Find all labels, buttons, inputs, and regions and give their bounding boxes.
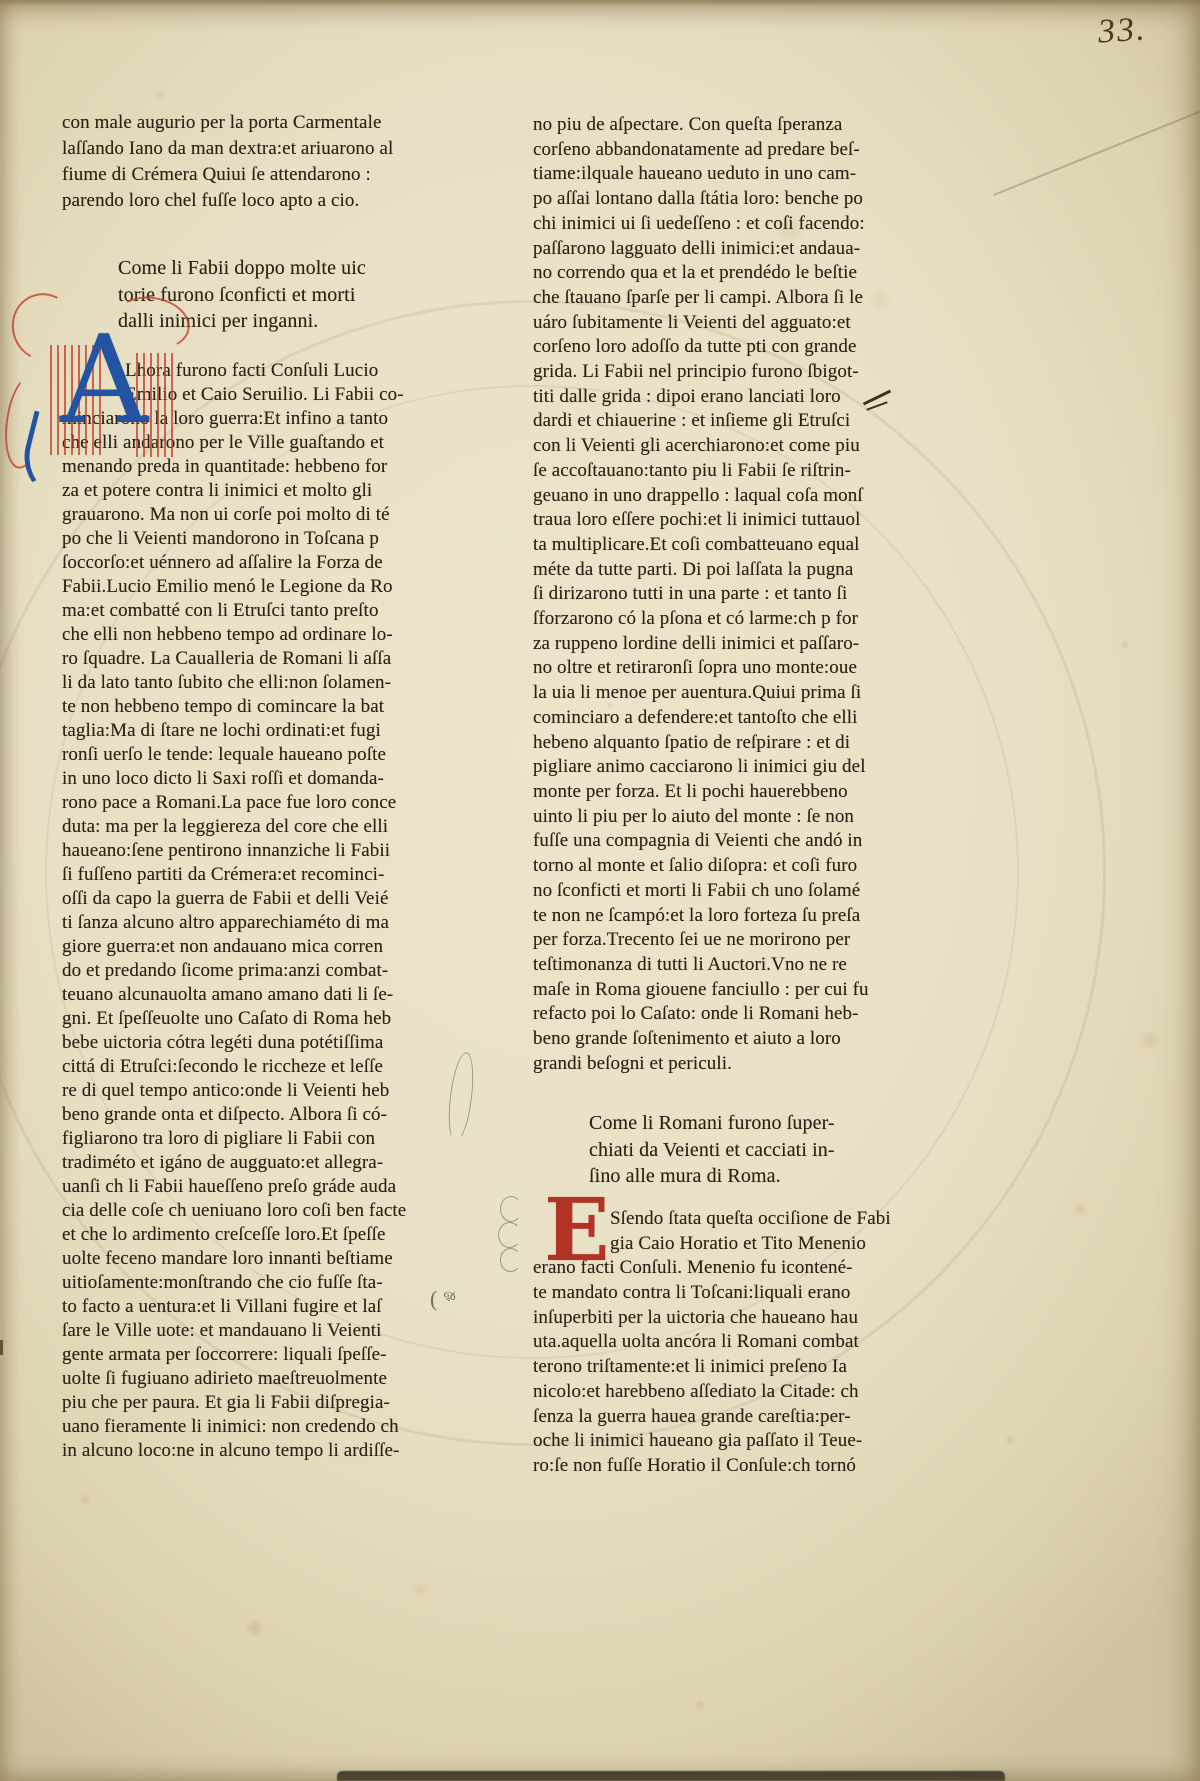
text-line: la uia li menoe per auentura.Quiui prima… xyxy=(533,681,929,706)
text-line: fuſſe una compagnia di Veienti che andó … xyxy=(533,829,929,854)
text-line: no correndo qua et la et prendédo le beſ… xyxy=(533,261,929,286)
text-line: grauarono. Ma non ui corſe poi molto di … xyxy=(62,503,458,527)
text-line: ta multiplicare.Et coſi combatteuano equ… xyxy=(533,533,929,558)
text-line: beno grande onta et diſpecto. Albora ſi … xyxy=(62,1103,458,1127)
text-line: uinto li piu per lo aiuto del monte : ſe… xyxy=(533,805,929,830)
text-line: uta.aquella uolta ancóra li Romani comba… xyxy=(533,1330,929,1355)
text-line: parendo loro chel fuſſe loco apto a cio. xyxy=(62,188,458,214)
text-line: fiume di Crémera Quiui ſe attendarono : xyxy=(62,162,458,188)
text-line: uolte ſi fugiuano adirieto maeſtreuolmen… xyxy=(62,1367,458,1391)
text-line: ti ſanza alcuno altro apparechiaméto di … xyxy=(62,911,458,935)
edge-ink-mark xyxy=(0,1340,3,1355)
text-line: te mandato contra li Toſcani:liquali era… xyxy=(533,1281,929,1306)
text-line: per forza.Trecento ſei ue ne morirono pe… xyxy=(533,928,929,953)
text-line: ſenza la guerra hauea grande careſtia:pe… xyxy=(533,1405,929,1430)
text-line: li da lato tanto ſubito che elli:non ſol… xyxy=(62,671,458,695)
text-line: duta: ma per la leggiereza del core che … xyxy=(62,815,458,839)
text-line: ronſi uerſo le tende: lequale haueano po… xyxy=(62,743,458,767)
text-line: po aſſai lontano dalla ſtátia loro: benc… xyxy=(533,187,929,212)
text-line: ſi fuſſeno partiti da Crémera:et recomin… xyxy=(62,863,458,887)
text-line: Come li Fabii doppo molte uic xyxy=(62,255,458,282)
text-line: uolte feceno mandare loro innanti beſtia… xyxy=(62,1247,458,1271)
text-line: gente armata per ſoccorrere: liquali ſpe… xyxy=(62,1343,458,1367)
text-line: ſforzarono có la pſona et có larme:ch p … xyxy=(533,607,929,632)
text-line: cominciaro a defendere:et tantoſto che e… xyxy=(533,706,929,731)
text-line: con male augurio per la porta Carmentale xyxy=(62,110,458,136)
text-line: cia delle coſe ch ueniuano loro coſi ben… xyxy=(62,1199,458,1223)
text-line: bebe uictoria cótra legéti duna potétiſſ… xyxy=(62,1031,458,1055)
text-line: uano fieramente li inimici: non credendo… xyxy=(62,1415,458,1439)
text-line: tiame:ilquale haueano ueduto in uno cam- xyxy=(533,162,929,187)
text-line: teſtimonanza di tutti li Auctori.Vno ne … xyxy=(533,953,929,978)
initial-letter-e: E xyxy=(544,1192,610,1269)
paragraph-intro: con male augurio per la porta Carmentale… xyxy=(62,110,458,214)
rubricated-initial-e: E xyxy=(536,1192,626,1272)
text-line: Come li Romani furono ſuper- xyxy=(533,1110,929,1137)
text-line: refacto poi lo Caſato: onde li Romani he… xyxy=(533,1002,929,1027)
text-line: te non ne ſcampó:et la loro forteza ſu p… xyxy=(533,904,929,929)
text-line: to facto a uentura:et li Villani fugire … xyxy=(62,1295,458,1319)
text-line: con li Veienti gli acerchiarono:et come … xyxy=(533,434,929,459)
text-line: za ruppeno lordine delli inimici et paſſ… xyxy=(533,632,929,657)
text-line: inſuperbiti per la uictoria che haueano … xyxy=(533,1306,929,1331)
text-line: ro:ſe non fuſſe Horatio il Conſule:ch to… xyxy=(533,1454,929,1479)
text-line: no piu de aſpectare. Con queſta ſperanza xyxy=(533,113,929,138)
text-line: te non hebbeno tempo di comincare la bat xyxy=(62,695,458,719)
text-line: uáro ſubitamente li Veienti del agguato:… xyxy=(533,311,929,336)
text-line: haueano:ſene pentirono innanziche li Fab… xyxy=(62,839,458,863)
penwork-loop xyxy=(500,1196,522,1222)
text-line: ſi dirizarono tutti in una parte : et ta… xyxy=(533,582,929,607)
text-line: ſare le Ville uote: et mandauano li Veie… xyxy=(62,1319,458,1343)
text-line: chi inimici ui ſi uedeſſeno : et coſi fa… xyxy=(533,212,929,237)
text-line: nicolo:et harebbeno aſſediato la Citade:… xyxy=(533,1380,929,1405)
penwork-loop xyxy=(500,1248,521,1272)
page-number: 33. xyxy=(1097,10,1148,51)
text-line: no oltre et retiraronſi ſopra uno monte:… xyxy=(533,656,929,681)
text-line: méte da tutte parti. Di poi laſſata la p… xyxy=(533,558,929,583)
text-line: terono triſtamente:et li inimici preſeno… xyxy=(533,1355,929,1380)
text-line: gni. Et ſpeſſeuolte uno Caſato di Roma h… xyxy=(62,1007,458,1031)
text-line: che ſtauano ſparſe per li campi. Albora … xyxy=(533,286,929,311)
text-line: corſeno loro adoſſo da tutte pti con gra… xyxy=(533,335,929,360)
text-line: uitioſamente:monſtrando che cio fuſſe ſt… xyxy=(62,1271,458,1295)
text-line: figliarono tra loro di pigliare li Fabii… xyxy=(62,1127,458,1151)
paragraph-ambush: no piu de aſpectare. Con queſta ſperanza… xyxy=(533,113,929,1076)
text-line: oſſi da capo la guerra de Fabii et delli… xyxy=(62,887,458,911)
text-line: in alcuno loco:ne in alcuno tempo li ard… xyxy=(62,1439,458,1463)
text-line: rono pace a Romani.La pace fue loro conc… xyxy=(62,791,458,815)
scan-edge-shadow xyxy=(337,1771,1005,1781)
page-top-edge xyxy=(0,0,1200,6)
text-line: ſoccorſo:et uénnero ad aſſalire la Forza… xyxy=(62,551,458,575)
text-line: grida. Li Fabii nel principio furono ſbi… xyxy=(533,360,929,385)
text-line: taglia:Ma di ſtare ne lochi ordinati:et … xyxy=(62,719,458,743)
text-line: titi dalle grida : dipoi erano lanciati … xyxy=(533,385,929,410)
text-line: torno al monte et ſalio diſopra: et coſi… xyxy=(533,854,929,879)
text-line: oche li inimici haueano gia paſſato il T… xyxy=(533,1429,929,1454)
illuminated-initial-a: A xyxy=(18,295,188,490)
text-line: in uno loco dicto li Saxi roſſi et doman… xyxy=(62,767,458,791)
margin-paren-mark: (ૹ xyxy=(430,1286,456,1312)
text-line: do et predando ſicome prima:anzi combat- xyxy=(62,959,458,983)
text-line: geuano in uno drappello : laqual coſa mo… xyxy=(533,484,929,509)
text-line: piu che per paura. Et gia li Fabii diſpr… xyxy=(62,1391,458,1415)
paragraph-fabii: Lhora furono facti Conſuli LucioEmilio e… xyxy=(62,359,458,1463)
text-line: ro ſquadre. La Caualleria de Romani li a… xyxy=(62,647,458,671)
text-line: dardi et chiauerine : et inſieme gli Etr… xyxy=(533,409,929,434)
text-line: grandi beſogni et periculi. xyxy=(533,1052,929,1077)
penwork-loop xyxy=(498,1222,521,1248)
text-line: cittá di Etruſci:ſecondo le riccheze et … xyxy=(62,1055,458,1079)
text-line: corſeno abbandonatamente ad predare beſ- xyxy=(533,138,929,163)
text-line: paſſarono lagguato delli inimici:et anda… xyxy=(533,237,929,262)
text-line: giore guerra:et non andauano mica corren xyxy=(62,935,458,959)
scratch-line xyxy=(993,106,1200,196)
chapter-heading-romani: Come li Romani furono ſuper-chiati da Ve… xyxy=(533,1110,929,1190)
text-line: traua loro eſſere pochi:et li inimici tu… xyxy=(533,508,929,533)
text-line: pigliare animo cacciarono li inimici giu… xyxy=(533,755,929,780)
text-line: ſe accoſtauano:tanto piu li Fabii ſe riſ… xyxy=(533,459,929,484)
text-line: teuano alcunauolta amano amano dati li ſ… xyxy=(62,983,458,1007)
text-line: hebeno alquanto ſpatio de reſpirare : et… xyxy=(533,731,929,756)
text-line: che elli non hebbeno tempo ad ordinare l… xyxy=(62,623,458,647)
text-line: tradiméto et igáno de augguato:et allegr… xyxy=(62,1151,458,1175)
text-line: uanſi ch li Fabii haueſſeno preſo gráde … xyxy=(62,1175,458,1199)
text-line: Fabii.Lucio Emilio menó le Legione da Ro xyxy=(62,575,458,599)
text-line: po che li Veienti mandorono in Toſcana p xyxy=(62,527,458,551)
text-line: beno grande ſoſtenimento et aiuto a loro xyxy=(533,1027,929,1052)
text-line: chiati da Veienti et cacciati in- xyxy=(533,1137,929,1164)
text-line: no ſconficti et morti li Fabii ch uno ſo… xyxy=(533,879,929,904)
text-line: maſe in Roma giouene fanciullo : per cui… xyxy=(533,978,929,1003)
text-line: laſſando Iano da man dextra:et ariuarono… xyxy=(62,136,458,162)
text-line: ma:et combatté con li Etruſci tanto preſ… xyxy=(62,599,458,623)
text-line: re di quel tempo antico:onde li Veienti … xyxy=(62,1079,458,1103)
text-line: et che lo ardimento creſceſſe loro.Et ſp… xyxy=(62,1223,458,1247)
text-line: monte per forza. Et li pochi hauerebbeno xyxy=(533,780,929,805)
manuscript-page: 33. con male augurio per la porta Carmen… xyxy=(0,0,1200,1781)
